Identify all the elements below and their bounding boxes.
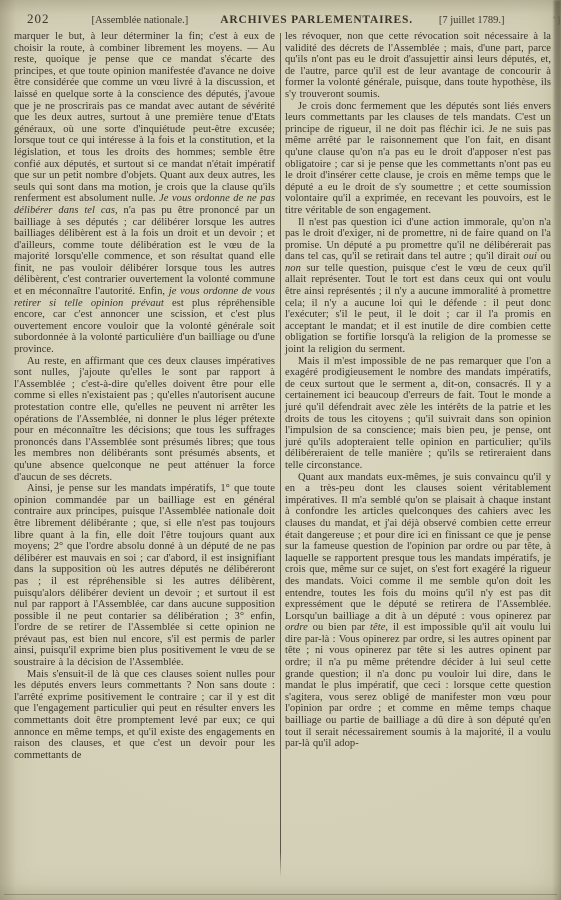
italic-text-run: ordre <box>285 622 308 633</box>
text-run: Il n'est pas question ici d'une action i… <box>285 217 551 263</box>
text-run: Mais il m'est impossible de ne pas remar… <box>285 356 551 471</box>
text-run: , n'a pas pu être prononcé par un bailli… <box>14 205 275 297</box>
paragraph: Mais il m'est impossible de ne pas remar… <box>285 356 551 472</box>
text-run: , il est impossible qu'il ait voulu lui … <box>285 622 551 749</box>
right-column: les révoquer, non que cette révocation s… <box>285 31 551 889</box>
header-assembly-label: [Assemblée nationale.] <box>92 15 189 26</box>
italic-text-run: oui <box>523 251 537 262</box>
paragraph: Au reste, en affirmant que ces deux clau… <box>14 356 275 484</box>
paragraph: Quant aux mandats eux-mêmes, je suis con… <box>285 472 551 750</box>
italic-text-run: non <box>285 263 301 274</box>
text-run: ou bien par <box>308 622 370 633</box>
text-run: ou <box>537 251 551 262</box>
paragraph: les révoquer, non que cette révocation s… <box>285 31 551 101</box>
text-run: Mais s'ensuit-il de là que ces clauses s… <box>14 669 275 761</box>
two-column-text: marquer le but, à leur déterminer la fin… <box>0 27 561 889</box>
paragraph: marquer le but, à leur déterminer la fin… <box>14 31 275 356</box>
document-page: 202 [Assemblée nationale.] ARCHIVES PARL… <box>0 0 561 900</box>
header-date-label: [7 juillet 1789.] <box>439 15 505 26</box>
text-run: marquer le but, à leur déterminer la fin… <box>14 31 275 204</box>
column-divider-rule <box>280 33 281 877</box>
text-run: sur telle question, puisque c'est le vœu… <box>285 263 551 355</box>
scan-artifact-line <box>4 894 557 895</box>
paragraph: Il n'est pas question ici d'une action i… <box>285 217 551 356</box>
text-run: Ainsi, je pense sur les mandats impérati… <box>14 483 275 668</box>
left-column: marquer le but, à leur déterminer la fin… <box>14 31 275 889</box>
text-run: Au reste, en affirmant que ces deux clau… <box>14 356 275 483</box>
page-number: 202 <box>27 11 50 27</box>
page-header: 202 [Assemblée nationale.] ARCHIVES PARL… <box>0 0 561 27</box>
paragraph: Ainsi, je pense sur les mandats impérati… <box>14 483 275 669</box>
text-run: les révoquer, non que cette révocation s… <box>285 31 551 100</box>
text-run: Quant aux mandats eux-mêmes, je suis con… <box>285 472 551 622</box>
page-title: ARCHIVES PARLEMENTAIRES. <box>220 14 413 26</box>
italic-text-run: tête <box>370 622 385 633</box>
paragraph: Mais s'ensuit-il de là que ces clauses s… <box>14 669 275 762</box>
scan-edge-shadow <box>554 0 561 330</box>
text-run: Je crois donc fermement que les députés … <box>285 101 551 216</box>
paragraph: Je crois donc fermement que les députés … <box>285 101 551 217</box>
